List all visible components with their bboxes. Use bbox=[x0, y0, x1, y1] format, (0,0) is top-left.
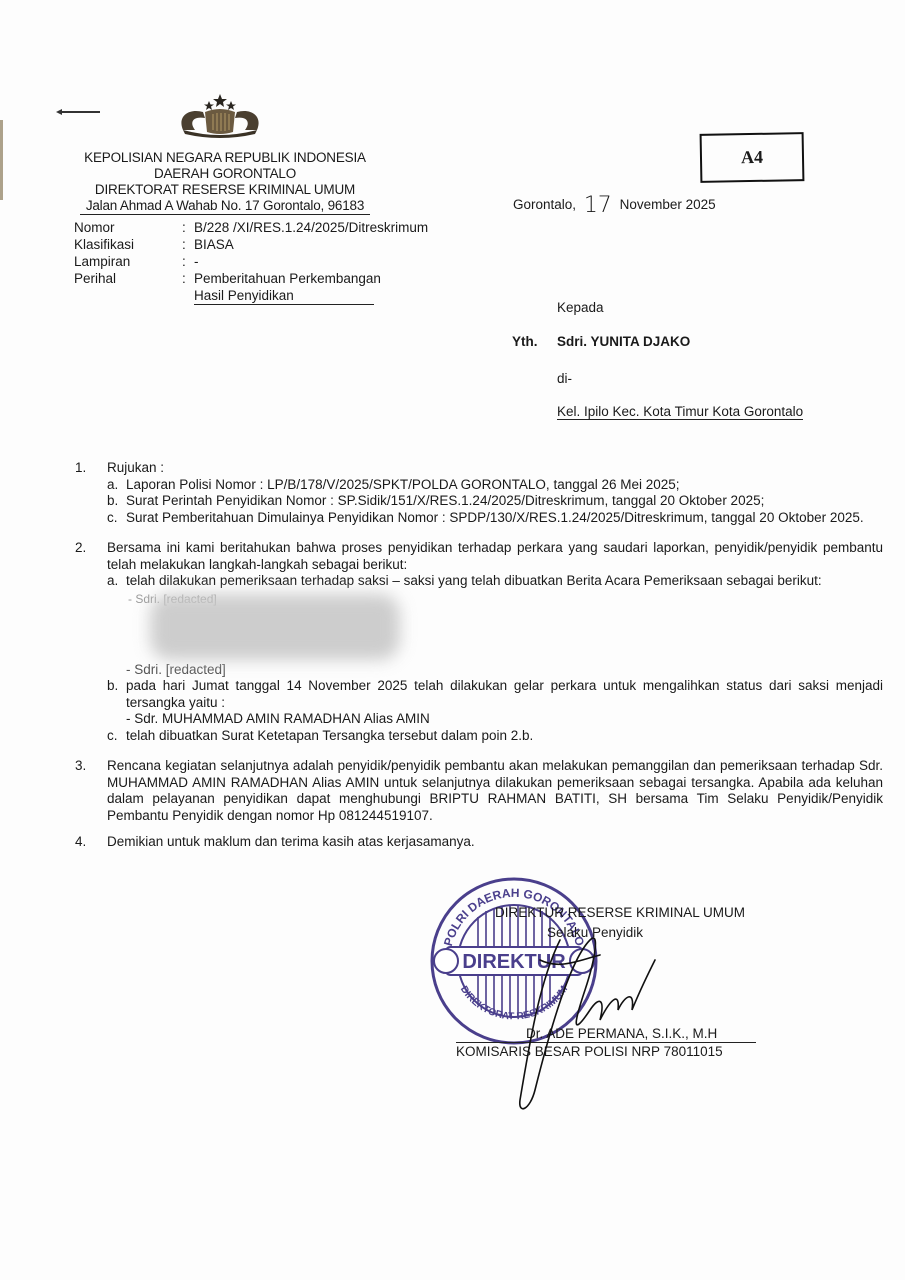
letterhead-address: Jalan Ahmad A Wahab No. 17 Gorontalo, 96… bbox=[80, 198, 370, 215]
item-number: 3. bbox=[75, 758, 86, 775]
meta-value-cont: Hasil Penyidikan bbox=[194, 287, 374, 305]
redacted-witness-list: - Sdri. [redacted] bbox=[126, 592, 883, 662]
meta-value: Pemberitahuan Perkembangan bbox=[194, 270, 381, 287]
body-item-4: 4. Demikian untuk maklum dan terima kasi… bbox=[75, 834, 883, 851]
letter-page: KEPOLISIAN NEGARA REPUBLIK INDONESIA DAE… bbox=[0, 0, 905, 1280]
reference-b: b. Surat Perintah Penyidikan Nomor : SP.… bbox=[107, 493, 883, 510]
recipient-name: Sdri. YUNITA DJAKO bbox=[557, 334, 690, 349]
recipient-kepada: Kepada bbox=[557, 300, 604, 315]
letter-body: 1. Rujukan : a. Laporan Polisi Nomor : L… bbox=[75, 460, 883, 861]
meta-klasifikasi: Klasifikasi : BIASA bbox=[74, 236, 428, 253]
letterhead-org: KEPOLISIAN NEGARA REPUBLIK INDONESIA bbox=[60, 150, 390, 166]
meta-lampiran: Lampiran : - bbox=[74, 253, 428, 270]
body-item-2: 2. Bersama ini kami beritahukan bahwa pr… bbox=[75, 540, 883, 744]
item-title: Rujukan : bbox=[107, 460, 883, 477]
item-number: 2. bbox=[75, 540, 86, 557]
meta-label: Nomor bbox=[74, 219, 182, 236]
item-text: Bersama ini kami beritahukan bahwa prose… bbox=[107, 540, 883, 573]
reference-c: c. Surat Pemberitahuan Dimulainya Penyid… bbox=[107, 510, 883, 527]
date-city: Gorontalo, bbox=[513, 197, 576, 212]
meta-value: BIASA bbox=[194, 236, 234, 253]
meta-value: B/228 /XI/RES.1.24/2025/Ditreskrimum bbox=[194, 219, 428, 236]
meta-label: Klasifikasi bbox=[74, 236, 182, 253]
meta-label: Lampiran bbox=[74, 253, 182, 270]
reference-a: a. Laporan Polisi Nomor : LP/B/178/V/202… bbox=[107, 477, 883, 494]
redacted-last: - Sdri. [redacted] bbox=[126, 662, 883, 679]
letterhead-directorate: DIREKTORAT RESERSE KRIMINAL UMUM bbox=[60, 182, 390, 198]
letter-meta: Nomor : B/228 /XI/RES.1.24/2025/Ditreskr… bbox=[74, 219, 428, 305]
recipient-yth: Yth. bbox=[512, 334, 538, 349]
letterhead: KEPOLISIAN NEGARA REPUBLIK INDONESIA DAE… bbox=[60, 150, 390, 215]
meta-value: - bbox=[194, 253, 199, 270]
item-number: 1. bbox=[75, 460, 86, 477]
letterhead-region: DAERAH GORONTALO bbox=[60, 166, 390, 182]
handwritten-signature-icon bbox=[500, 900, 680, 1120]
page-edge-shadow bbox=[0, 120, 3, 200]
letter-date: Gorontalo, 17 November 2025 bbox=[513, 193, 716, 218]
arrow-mark-icon bbox=[60, 111, 100, 113]
item-number: 4. bbox=[75, 834, 86, 851]
format-box: A4 bbox=[700, 132, 805, 183]
meta-nomor: Nomor : B/228 /XI/RES.1.24/2025/Ditreskr… bbox=[74, 219, 428, 236]
item-text: Rencana kegiatan selanjutnya adalah peny… bbox=[107, 758, 883, 824]
meta-label: Perihal bbox=[74, 270, 182, 305]
step-b: b. pada hari Jumat tanggal 14 November 2… bbox=[107, 678, 883, 728]
step-a: a. telah dilakukan pemeriksaan terhadap … bbox=[107, 573, 883, 678]
body-item-3: 3. Rencana kegiatan selanjutnya adalah p… bbox=[75, 758, 883, 824]
date-month-year: November 2025 bbox=[620, 197, 716, 212]
step-c: c. telah dibuatkan Surat Ketetapan Tersa… bbox=[107, 728, 883, 745]
recipient-di: di- bbox=[557, 371, 572, 386]
body-item-1: 1. Rujukan : a. Laporan Polisi Nomor : L… bbox=[75, 460, 883, 526]
item-text: Demikian untuk maklum dan terima kasih a… bbox=[107, 834, 883, 851]
suspect-name: - Sdr. MUHAMMAD AMIN RAMADHAN Alias AMIN bbox=[126, 711, 883, 728]
date-day-handwritten: 17 bbox=[584, 193, 612, 218]
recipient-place: Kel. Ipilo Kec. Kota Timur Kota Gorontal… bbox=[557, 404, 803, 420]
meta-perihal: Perihal : Pemberitahuan Perkembangan Has… bbox=[74, 270, 428, 305]
police-emblem-icon bbox=[175, 92, 265, 140]
redaction-blur bbox=[150, 594, 400, 660]
